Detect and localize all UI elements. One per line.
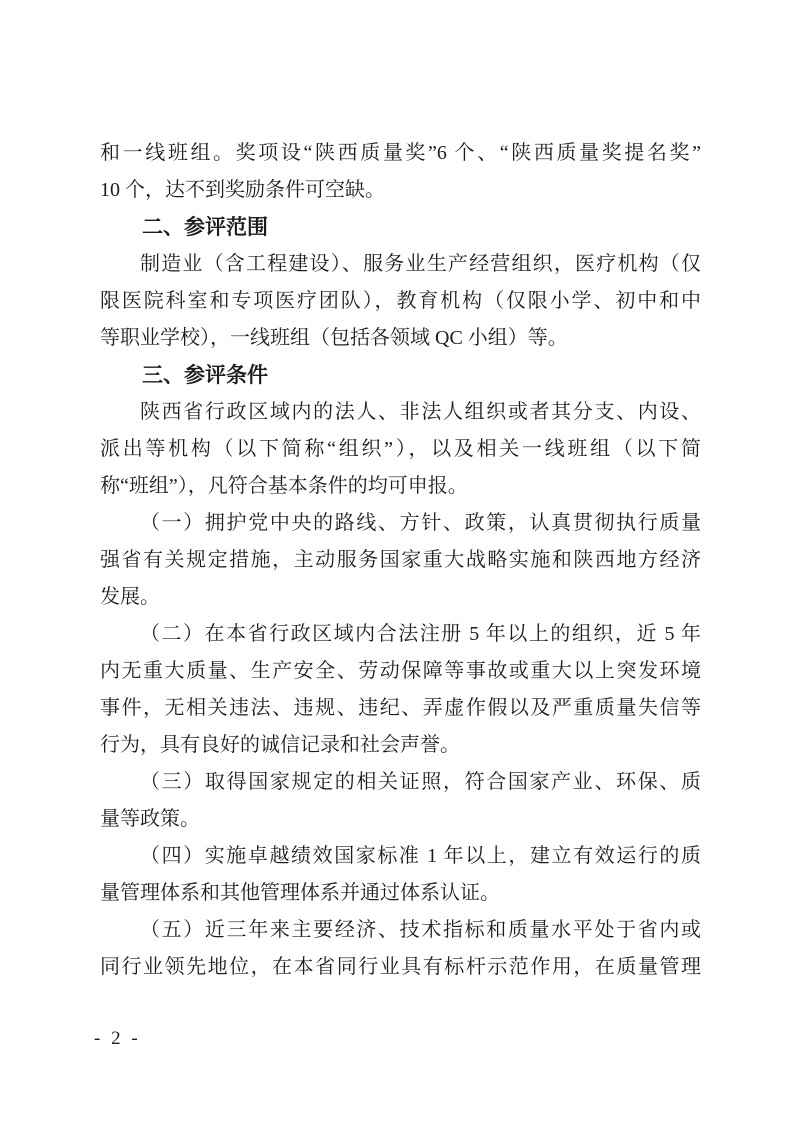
section-heading: 二、参评范围 bbox=[100, 209, 701, 246]
body-text-line: 制造业（含工程建设）、服务业生产经营组织，医疗机构（仅 bbox=[100, 246, 701, 283]
body-text-line: 和一线班组。奖项设“陕西质量奖”6 个、“陕西质量奖提名奖” bbox=[100, 135, 701, 172]
body-text-line: 量管理体系和其他管理体系并通过体系认证。 bbox=[100, 875, 701, 912]
body-text-line: 等职业学校），一线班组（包括各领域 QC 小组）等。 bbox=[100, 320, 701, 357]
body-text-line: 同行业领先地位，在本省同行业具有标杆示范作用，在质量管理 bbox=[100, 949, 701, 986]
body-text-line: 事件，无相关违法、违规、违纪、弄虚作假以及严重质量失信等 bbox=[100, 690, 701, 727]
body-text-line: （一）拥护党中央的路线、方针、政策，认真贯彻执行质量 bbox=[100, 505, 701, 542]
section-heading: 三、参评条件 bbox=[100, 357, 701, 394]
document-text-block: 和一线班组。奖项设“陕西质量奖”6 个、“陕西质量奖提名奖” 10 个，达不到奖… bbox=[100, 135, 701, 986]
body-text-line: 强省有关规定措施，主动服务国家重大战略实施和陕西地方经济 bbox=[100, 542, 701, 579]
body-text-line: 派出等机构（以下简称“组织”），以及相关一线班组（以下简 bbox=[100, 431, 701, 468]
document-page: 和一线班组。奖项设“陕西质量奖”6 个、“陕西质量奖提名奖” 10 个，达不到奖… bbox=[0, 0, 794, 1123]
body-text-line: 10 个，达不到奖励条件可空缺。 bbox=[100, 172, 701, 209]
body-text-line: （三）取得国家规定的相关证照，符合国家产业、环保、质 bbox=[100, 764, 701, 801]
body-text-line: （四）实施卓越绩效国家标准 1 年以上，建立有效运行的质 bbox=[100, 838, 701, 875]
body-text-line: 限医院科室和专项医疗团队），教育机构（仅限小学、初中和中 bbox=[100, 283, 701, 320]
page-number: - 2 - bbox=[94, 1028, 141, 1050]
body-text-line: 发展。 bbox=[100, 579, 701, 616]
body-text-line: 称“班组”），凡符合基本条件的均可申报。 bbox=[100, 468, 701, 505]
body-text-line: 量等政策。 bbox=[100, 801, 701, 838]
body-text-line: 内无重大质量、生产安全、劳动保障等事故或重大以上突发环境 bbox=[100, 653, 701, 690]
body-text-line: 陕西省行政区域内的法人、非法人组织或者其分支、内设、 bbox=[100, 394, 701, 431]
body-text-line: 行为，具有良好的诚信记录和社会声誉。 bbox=[100, 727, 701, 764]
body-text-line: （二）在本省行政区域内合法注册 5 年以上的组织，近 5 年 bbox=[100, 616, 701, 653]
body-text-line: （五）近三年来主要经济、技术指标和质量水平处于省内或 bbox=[100, 912, 701, 949]
